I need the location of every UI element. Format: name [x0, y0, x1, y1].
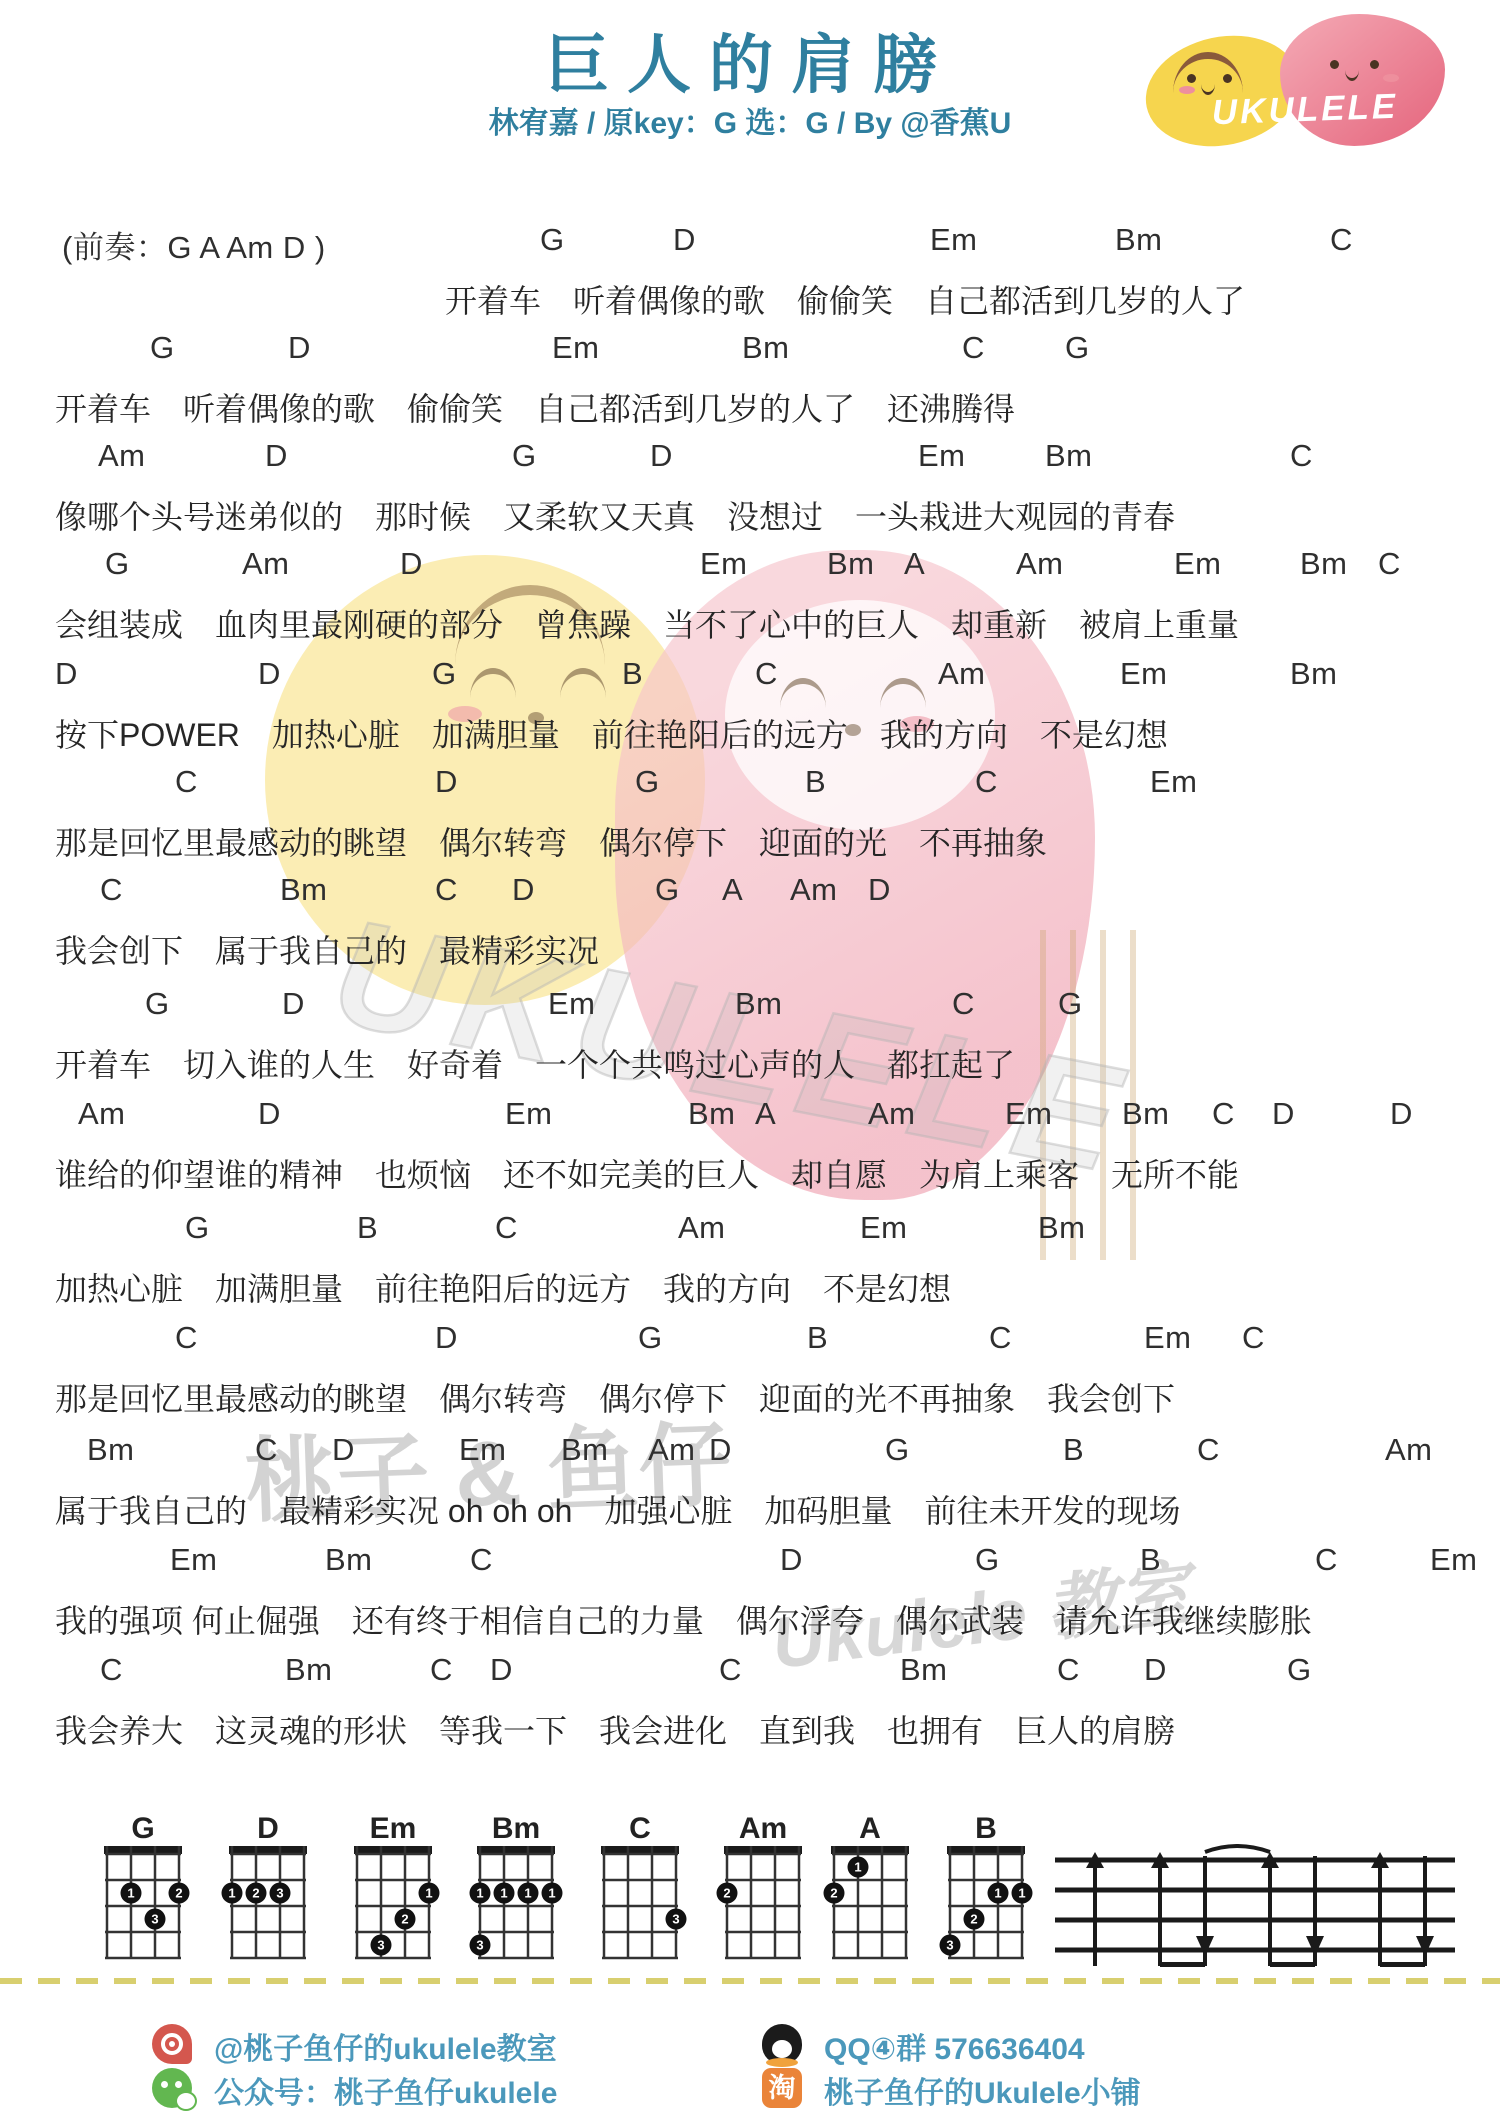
chord-line: CBmCDGAAmD	[0, 872, 1500, 916]
chord: Em	[552, 330, 600, 366]
chord: G	[638, 1320, 663, 1356]
chord: D	[282, 986, 305, 1022]
chord: Am	[242, 546, 290, 582]
lyric-text: 按下POWER 加热心脏 加满胆量 前往艳阳后的远方 我的方向 不是幻想	[55, 710, 1168, 756]
chord: C	[1057, 1652, 1080, 1688]
svg-text:3: 3	[672, 1912, 679, 1927]
chord-sheet-page: UKULELE 桃子 & 鱼仔 Ukulele 教室 巨人的肩膀 林宥嘉 / 原…	[0, 0, 1500, 2123]
chord: G	[1287, 1652, 1312, 1688]
banana-eye-icon	[1187, 74, 1196, 83]
chord: G	[1058, 986, 1083, 1022]
chord-diagram-G: G123	[95, 1812, 191, 1969]
dashed-divider	[0, 1978, 1500, 1984]
chord: D	[1272, 1096, 1295, 1132]
chord-line: GAmDEmBmAAmEmBmC	[0, 546, 1500, 590]
svg-text:1: 1	[1018, 1886, 1025, 1901]
chord: Em	[1150, 764, 1198, 800]
chord: C	[1290, 438, 1313, 474]
qq-group-number: QQ④群 576636404	[824, 2024, 1085, 2068]
chord: C	[719, 1652, 742, 1688]
lyric-text: 像哪个头号迷弟似的 那时候 又柔软又天真 没想过 一头栽进大观园的青春	[55, 492, 1175, 538]
chord-diagram-label: Bm	[468, 1812, 564, 1846]
chord: D	[435, 764, 458, 800]
chord: D	[258, 1096, 281, 1132]
lyric-line: 加热心脏 加满胆量 前往艳阳后的远方 我的方向 不是幻想	[0, 1264, 1500, 1308]
chord: G	[540, 222, 565, 258]
chord: G	[885, 1432, 910, 1468]
chord-diagram-label: D	[220, 1812, 316, 1846]
fretboard-grid: 12	[822, 1846, 918, 1964]
lyric-line: 开着车 切入谁的人生 好奇着 一个个共鸣过心声的人 都扛起了	[0, 1040, 1500, 1084]
svg-text:1: 1	[854, 1860, 861, 1875]
chord-line: AmDGDEmBmC	[0, 438, 1500, 482]
chord: B	[807, 1320, 828, 1356]
chord: Bm	[561, 1432, 609, 1468]
chord: Bm	[1045, 438, 1093, 474]
lyric-text: 谁给的仰望谁的精神 也烦恼 还不如完美的巨人 却自愿 为肩上乘客 无所不能	[55, 1150, 1239, 1196]
chord: C	[1330, 222, 1353, 258]
chord: Em	[505, 1096, 553, 1132]
chord-line: AmDEmBmAAmEmBmCDD	[0, 1096, 1500, 1140]
chord: B	[357, 1210, 378, 1246]
wechat-account: 公众号：桃子鱼仔ukulele	[214, 2068, 557, 2112]
chord: Am	[648, 1432, 696, 1468]
lyric-line: 开着车 听着偶像的歌 偷偷笑 自己都活到几岁的人了 还沸腾得	[0, 384, 1500, 428]
weibo-handle: @桃子鱼仔的ukulele教室	[214, 2024, 557, 2068]
lyric-text: 我的强项 何止倔强 还有终于相信自己的力量 偶尔浮夸 偶尔武装 请允许我继续膨胀	[55, 1596, 1312, 1642]
fretboard-grid: 123	[220, 1846, 316, 1964]
tie-arc	[1205, 1846, 1270, 1852]
chord: Bm	[900, 1652, 948, 1688]
taobao-icon: 淘	[762, 2068, 802, 2108]
chord: C	[975, 764, 998, 800]
chord: Em	[1005, 1096, 1053, 1132]
fretboard-grid: 3	[592, 1846, 688, 1964]
chord: C	[962, 330, 985, 366]
chord: C	[952, 986, 975, 1022]
svg-text:1: 1	[524, 1886, 531, 1901]
chord: Am	[1385, 1432, 1433, 1468]
chord: D	[780, 1542, 803, 1578]
banana-eye-icon	[1223, 74, 1232, 83]
chord: Em	[170, 1542, 218, 1578]
lyric-text: 那是回忆里最感动的眺望 偶尔转弯 偶尔停下 迎面的光 不再抽象	[55, 818, 1047, 864]
lyric-text: 会组装成 血肉里最刚硬的部分 曾焦躁 当不了心中的巨人 却重新 被肩上重量	[55, 600, 1239, 646]
qq-icon	[762, 2024, 802, 2064]
chord: D	[400, 546, 423, 582]
lyric-text: 属于我自己的 最精彩实况 oh oh oh 加强心脏 加码胆量 前往未开发的现场	[55, 1486, 1180, 1532]
brand-logo: UKULELE	[1145, 12, 1455, 152]
chord: D	[512, 872, 535, 908]
chord: G	[105, 546, 130, 582]
song-meta: 林宥嘉 / 原key：G 选：G / By @香蕉U	[489, 98, 1012, 142]
chord: B	[1063, 1432, 1084, 1468]
chord: C	[1212, 1096, 1235, 1132]
chord: Bm	[87, 1432, 135, 1468]
chord: Am	[78, 1096, 126, 1132]
chord: G	[512, 438, 537, 474]
svg-text:2: 2	[252, 1886, 259, 1901]
chord: D	[490, 1652, 513, 1688]
chord: D	[650, 438, 673, 474]
chord: G	[185, 1210, 210, 1246]
lyric-text: 那是回忆里最感动的眺望 偶尔转弯 偶尔停下 迎面的光不再抽象 我会创下	[55, 1374, 1175, 1420]
chord: G	[1065, 330, 1090, 366]
lyric-text: 我会养大 这灵魂的形状 等我一下 我会进化 直到我 也拥有 巨人的肩膀	[55, 1706, 1175, 1752]
chord-diagram-label: G	[95, 1812, 191, 1846]
chord-line: GBCAmEmBm	[0, 1210, 1500, 1254]
chord: B	[805, 764, 826, 800]
lyric-line: 像哪个头号迷弟似的 那时候 又柔软又天真 没想过 一头栽进大观园的青春	[0, 492, 1500, 536]
svg-text:1: 1	[228, 1886, 235, 1901]
svg-text:2: 2	[401, 1912, 408, 1927]
svg-text:2: 2	[723, 1886, 730, 1901]
chord: Am	[98, 438, 146, 474]
chord-diagram-Bm: Bm11113	[468, 1812, 564, 1969]
chord-line: GDEmBmCG	[0, 986, 1500, 1030]
lyric-line: 那是回忆里最感动的眺望 偶尔转弯 偶尔停下 迎面的光 不再抽象	[0, 818, 1500, 862]
chord: G	[150, 330, 175, 366]
chord: Bm	[285, 1652, 333, 1688]
svg-text:3: 3	[946, 1938, 953, 1953]
chord: G	[145, 986, 170, 1022]
chord: Am	[938, 656, 986, 692]
chord: D	[1390, 1096, 1413, 1132]
fretboard-grid: 1123	[938, 1846, 1034, 1964]
chord: D	[258, 656, 281, 692]
chord: G	[975, 1542, 1000, 1578]
chord: D	[673, 222, 696, 258]
chord: Em	[548, 986, 596, 1022]
chord-line: CDGBCEmC	[0, 1320, 1500, 1364]
peach-eye-icon	[1330, 60, 1339, 69]
lyric-text: 加热心脏 加满胆量 前往艳阳后的远方 我的方向 不是幻想	[55, 1264, 951, 1310]
lyric-line: 那是回忆里最感动的眺望 偶尔转弯 偶尔停下 迎面的光不再抽象 我会创下	[0, 1374, 1500, 1418]
chord-diagram-Em: Em123	[345, 1812, 441, 1969]
chord: A	[755, 1096, 776, 1132]
chord: C	[255, 1432, 278, 1468]
banana-blush-icon	[1179, 86, 1195, 94]
chord: Bm	[280, 872, 328, 908]
chord: D	[1144, 1652, 1167, 1688]
svg-text:1: 1	[476, 1886, 483, 1901]
fretboard-grid: 11113	[468, 1846, 564, 1964]
chord-diagram-A: A12	[822, 1812, 918, 1969]
chord: G	[655, 872, 680, 908]
lyric-line: 按下POWER 加热心脏 加满胆量 前往艳阳后的远方 我的方向 不是幻想	[0, 710, 1500, 754]
chord: C	[495, 1210, 518, 1246]
lyric-text: 开着车 切入谁的人生 好奇着 一个个共鸣过心声的人 都扛起了	[55, 1040, 1015, 1086]
chord: B	[1140, 1542, 1161, 1578]
chord: C	[1378, 546, 1401, 582]
chord: C	[1197, 1432, 1220, 1468]
chord: D	[55, 656, 78, 692]
svg-text:1: 1	[994, 1886, 1001, 1901]
chord: C	[175, 764, 198, 800]
chord: C	[470, 1542, 493, 1578]
chord: Bm	[735, 986, 783, 1022]
chord: D	[435, 1320, 458, 1356]
up-strum-arrow	[1306, 1936, 1324, 1956]
chord: Em	[1430, 1542, 1478, 1578]
beam	[1380, 1962, 1425, 1967]
chord: D	[288, 330, 311, 366]
chord: Bm	[1122, 1096, 1170, 1132]
chord: C	[755, 656, 778, 692]
beam	[1270, 1962, 1315, 1967]
chord: Bm	[325, 1542, 373, 1578]
beam	[1160, 1962, 1205, 1967]
chord: C	[1242, 1320, 1265, 1356]
chord-diagram-label: Em	[345, 1812, 441, 1846]
taobao-shop-name: 桃子鱼仔的Ukulele小铺	[824, 2068, 1141, 2112]
strum-pattern	[1050, 1844, 1460, 1981]
chord-diagram-label: A	[822, 1812, 918, 1846]
svg-text:1: 1	[425, 1886, 432, 1901]
chord-diagram-label: B	[938, 1812, 1034, 1846]
svg-text:1: 1	[548, 1886, 555, 1901]
chord-diagram-B: B1123	[938, 1812, 1034, 1969]
chord: Bm	[688, 1096, 736, 1132]
chord: Em	[918, 438, 966, 474]
chord: C	[989, 1320, 1012, 1356]
lyric-line: 属于我自己的 最精彩实况 oh oh oh 加强心脏 加码胆量 前往未开发的现场	[0, 1486, 1500, 1530]
chord: Am	[790, 872, 838, 908]
chord-line: (前奏：G A Am D )GDEmBmC	[0, 222, 1500, 266]
fretboard-grid: 123	[345, 1846, 441, 1964]
svg-text:3: 3	[276, 1886, 283, 1901]
svg-text:3: 3	[476, 1938, 483, 1953]
peach-blush-icon	[1383, 74, 1399, 82]
strum-staff	[1050, 1844, 1460, 1976]
lyric-line: 谁给的仰望谁的精神 也烦恼 还不如完美的巨人 却自愿 为肩上乘客 无所不能	[0, 1150, 1500, 1194]
chord: Am	[678, 1210, 726, 1246]
chord: D	[265, 438, 288, 474]
sheet: (前奏：G A Am D )GDEmBmC开着车 听着偶像的歌 偷偷笑 自己都活…	[0, 0, 1500, 2123]
chord: Em	[700, 546, 748, 582]
fretboard-grid: 2	[715, 1846, 811, 1964]
lyric-line: 我的强项 何止倔强 还有终于相信自己的力量 偶尔浮夸 偶尔武装 请允许我继续膨胀	[0, 1596, 1500, 1640]
svg-text:1: 1	[500, 1886, 507, 1901]
chord: A	[722, 872, 743, 908]
peach-eye-icon	[1370, 60, 1379, 69]
chord: G	[635, 764, 660, 800]
chord: C	[100, 1652, 123, 1688]
chord: C	[100, 872, 123, 908]
up-strum-arrow	[1416, 1936, 1434, 1956]
weibo-icon	[152, 2024, 192, 2064]
chord-diagram-C: C3	[592, 1812, 688, 1969]
svg-text:2: 2	[970, 1912, 977, 1927]
chord: C	[175, 1320, 198, 1356]
svg-text:3: 3	[377, 1938, 384, 1953]
chord-diagram-label: Am	[715, 1812, 811, 1846]
chord: Am	[868, 1096, 916, 1132]
chord: C	[435, 872, 458, 908]
svg-text:1: 1	[127, 1886, 134, 1901]
svg-text:3: 3	[151, 1912, 158, 1927]
chord-line: EmBmCDGBCEm	[0, 1542, 1500, 1586]
chord-line: GDEmBmCG	[0, 330, 1500, 374]
chord: B	[622, 656, 643, 692]
chord: Em	[1174, 546, 1222, 582]
lyric-text: 开着车 听着偶像的歌 偷偷笑 自己都活到几岁的人了 还沸腾得	[55, 384, 1015, 430]
chord: Em	[930, 222, 978, 258]
up-strum-arrow	[1196, 1936, 1214, 1956]
chord: Am	[1016, 546, 1064, 582]
chord: Bm	[1290, 656, 1338, 692]
chord: C	[1315, 1542, 1338, 1578]
chord: G	[432, 656, 457, 692]
lyric-line: 开着车 听着偶像的歌 偷偷笑 自己都活到几岁的人了	[0, 276, 1500, 320]
lyric-line: 会组装成 血肉里最刚硬的部分 曾焦躁 当不了心中的巨人 却重新 被肩上重量	[0, 600, 1500, 644]
chord: (前奏：G A Am D )	[62, 222, 326, 267]
chord-line: BmCDEmBmAmDGBCAm	[0, 1432, 1500, 1476]
chord: D	[332, 1432, 355, 1468]
chord-diagram-D: D123	[220, 1812, 316, 1969]
chord-line: CDGBCEm	[0, 764, 1500, 808]
svg-text:2: 2	[830, 1886, 837, 1901]
chord: Bm	[1038, 1210, 1086, 1246]
lyric-line: 我会养大 这灵魂的形状 等我一下 我会进化 直到我 也拥有 巨人的肩膀	[0, 1706, 1500, 1750]
lyric-text: 我会创下 属于我自己的 最精彩实况	[55, 926, 599, 972]
chord: C	[430, 1652, 453, 1688]
chord-line: CBmCDCBmCDG	[0, 1652, 1500, 1696]
chord-line: DDGBCAmEmBm	[0, 656, 1500, 700]
chord: D	[709, 1432, 732, 1468]
chord: Em	[1120, 656, 1168, 692]
chord: Bm	[827, 546, 875, 582]
svg-text:2: 2	[175, 1886, 182, 1901]
chord: D	[868, 872, 891, 908]
chord: Bm	[742, 330, 790, 366]
chord-diagram-label: C	[592, 1812, 688, 1846]
chord: Bm	[1300, 546, 1348, 582]
chord-diagram-Am: Am2	[715, 1812, 811, 1969]
chord: Em	[459, 1432, 507, 1468]
fretboard-grid: 123	[95, 1846, 191, 1964]
chord: Em	[860, 1210, 908, 1246]
chord: Bm	[1115, 222, 1163, 258]
chord: Em	[1144, 1320, 1192, 1356]
song-title: 巨人的肩膀	[545, 14, 955, 106]
lyric-line: 我会创下 属于我自己的 最精彩实况	[0, 926, 1500, 970]
wechat-icon	[152, 2068, 192, 2108]
chord: A	[904, 546, 925, 582]
lyric-text: 开着车 听着偶像的歌 偷偷笑 自己都活到几岁的人了	[445, 276, 1245, 322]
